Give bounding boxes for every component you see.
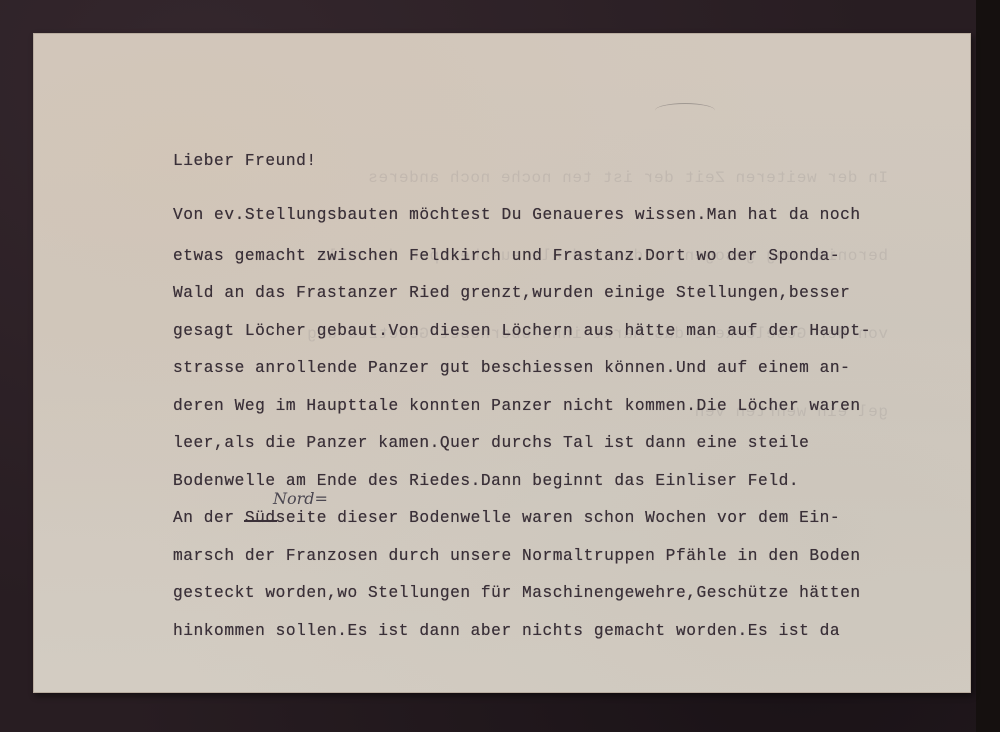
text-line: leer,als die Panzer kamen.Quer durchs Ta… <box>173 425 963 463</box>
text-line: deren Weg im Haupttale konnten Panzer ni… <box>173 388 963 426</box>
background-edge <box>976 0 1000 732</box>
struck-out-word: Süd <box>245 500 276 538</box>
text-segment: seite dieser Bodenwelle waren schon Woch… <box>276 509 841 527</box>
letter-page: In der weiteren Zeit der ist ten noche n… <box>33 33 971 693</box>
text-line: Wald an das Frastanzer Ried grenzt,wurde… <box>173 275 963 313</box>
paper-mark <box>655 103 715 118</box>
text-line: gesagt Löcher gebaut.Von diesen Löchern … <box>173 313 963 351</box>
letter-body: Lieber Freund! Von ev.Stellungsbauten mö… <box>173 148 963 650</box>
text-line: marsch der Franzosen durch unsere Normal… <box>173 538 963 576</box>
text-line: gesteckt worden,wo Stellungen für Maschi… <box>173 575 963 613</box>
text-line: strasse anrollende Panzer gut beschiesse… <box>173 350 963 388</box>
text-segment: An der <box>173 509 245 527</box>
corrected-text-line: An der Südseite dieser Bodenwelle waren … <box>173 500 963 538</box>
salutation: Lieber Freund! <box>173 148 963 174</box>
text-line: etwas gemacht zwischen Feldkirch und Fra… <box>173 238 963 276</box>
text-line: Von ev.Stellungsbauten möchtest Du Genau… <box>173 200 963 238</box>
text-line: hinkommen sollen.Es ist dann aber nichts… <box>173 613 963 651</box>
handwritten-correction: Nord= <box>273 480 328 518</box>
